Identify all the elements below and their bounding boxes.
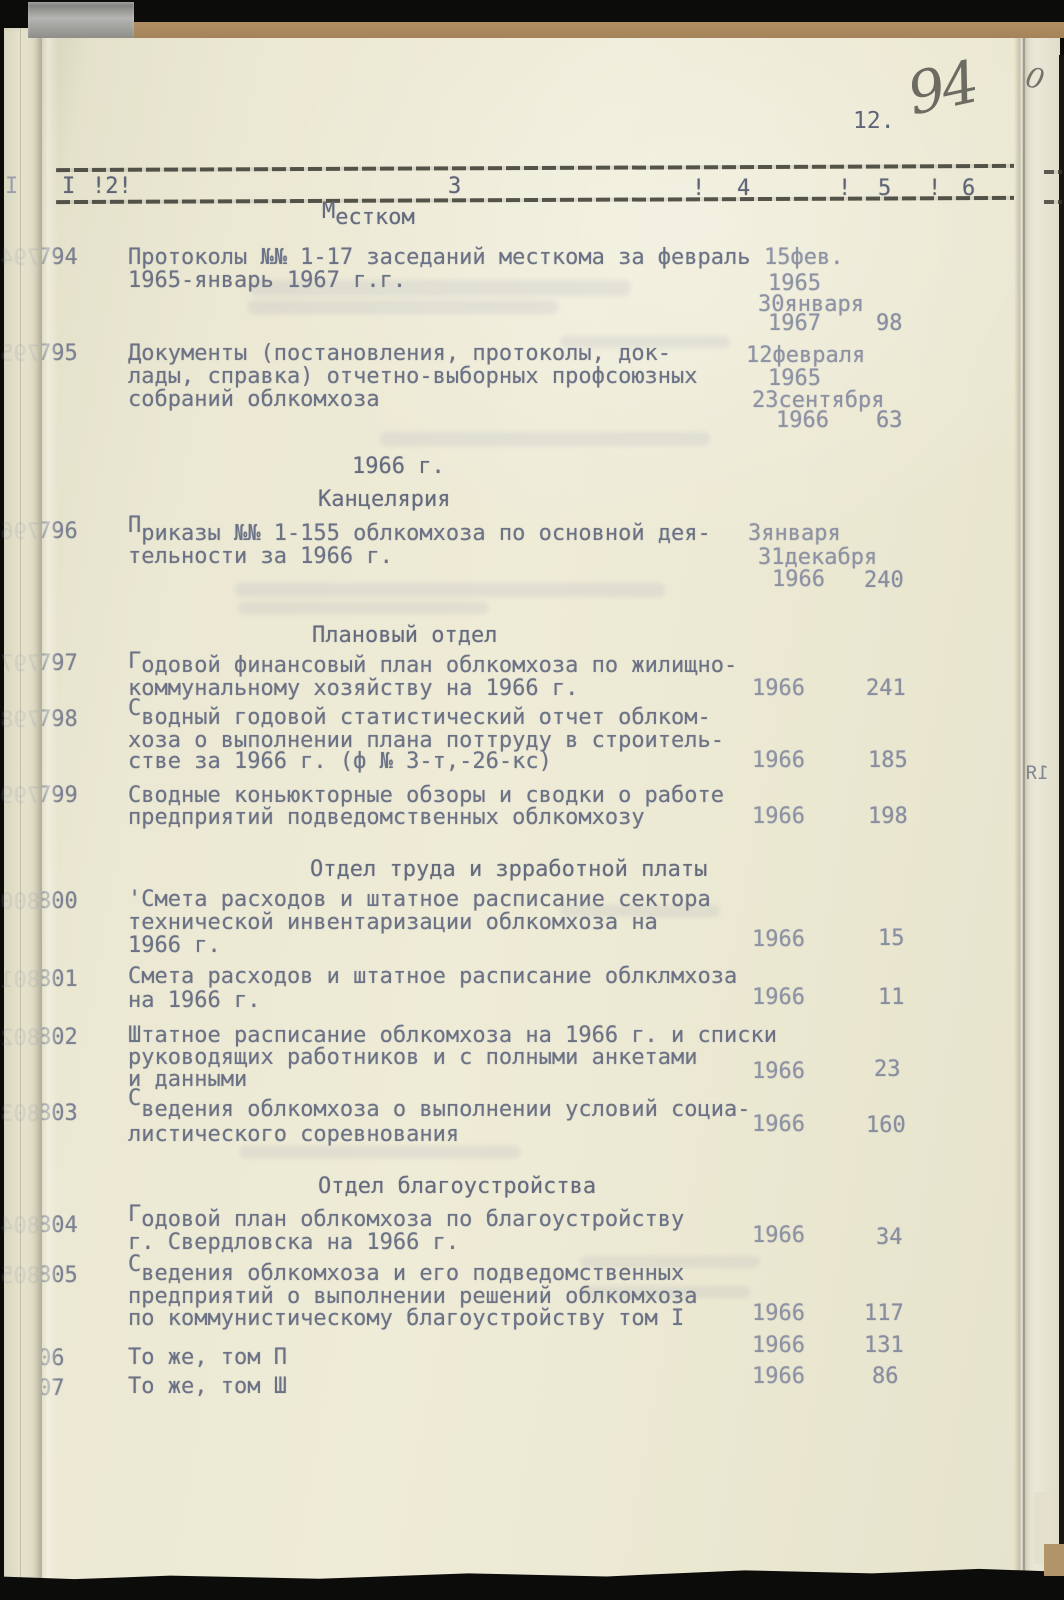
entry-date: 1966 <box>752 986 805 1009</box>
entry-line: руководящих работников и с полными анкет… <box>128 1046 698 1069</box>
entry-line: 1966 г. <box>128 934 221 957</box>
entry-line: г. Свердловска на 1966 г. <box>128 1231 459 1254</box>
entry-line: Штатное расписание облкомхоза на 1966 г.… <box>128 1024 777 1047</box>
entry-line: Сведения облкомхоза и его подведомственн… <box>128 1262 684 1285</box>
section-heading-mestkom: Местком <box>322 206 415 229</box>
mirrored-show-through-number: 795 <box>0 342 40 367</box>
rule-fragment <box>1044 200 1062 204</box>
entry-sheet-count: 131 <box>864 1334 904 1357</box>
entry-date: 1966 <box>752 677 805 700</box>
entry-date: 1966 <box>752 749 805 772</box>
pencil-folio-number: 94 <box>902 48 982 129</box>
show-through-smudge <box>238 602 488 614</box>
entry-line: Сводный годовой статистический отчет обл… <box>128 706 711 729</box>
entry-sheet-count: 240 <box>864 569 904 592</box>
entry-line: коммунальному хозяйству на 1966 г. <box>128 677 578 700</box>
archive-page-photo: 94 12. 0 1Я I I !2! 3 ! 4 ! 5 ! 6 Местко… <box>0 0 1064 1600</box>
column-header-5: 5 <box>878 176 891 201</box>
entry-sheet-count: 160 <box>866 1114 906 1137</box>
entry-line: предприятий подведомственных облкомхозу <box>128 806 645 829</box>
mirrored-show-through-number: 794 <box>0 246 40 271</box>
section-heading-planovy-otdel: Плановый отдел <box>312 624 497 647</box>
entry-date: 3января <box>748 522 841 545</box>
show-through-smudge <box>380 432 710 446</box>
entry-line: Протоколы №№ 1-17 заседаний месткома за … <box>128 246 751 269</box>
entry-date: 31декабря <box>758 546 877 569</box>
entry-line: технической инвентаризации облкомхоза на <box>128 911 658 934</box>
entry-sheet-count: 198 <box>868 805 908 828</box>
entry-sheet-count: 86 <box>872 1365 899 1388</box>
entry-sheet-count: 185 <box>868 749 908 772</box>
entry-sheet-count: 11 <box>878 986 905 1009</box>
entry-date: 1966 <box>752 1334 805 1357</box>
mirrored-show-through-number: 800 <box>0 890 40 915</box>
section-heading-year: 1966 г. <box>352 455 445 478</box>
mirrored-show-through-number: 798 <box>0 708 40 733</box>
entry-line: Смета расходов и штатное расписание облк… <box>128 965 737 988</box>
binder-clip <box>28 2 134 38</box>
column-header-2: !2! <box>92 174 132 199</box>
heading-lead: М <box>322 200 335 223</box>
entry-line-text: риказы №№ 1-155 облкомхоза по основной д… <box>141 521 711 546</box>
show-through-smudge <box>240 1146 520 1158</box>
entry-date: 15фев. <box>764 246 843 269</box>
entry-line: Годовой план облкомхоза по благоустройст… <box>128 1208 684 1231</box>
entry-date: 1966 <box>776 409 829 432</box>
entry-sheet-count: 63 <box>876 409 903 432</box>
section-heading-blagoustroystvo: Отдел благоустройства <box>318 1175 596 1198</box>
entry-lead: С <box>128 1087 141 1110</box>
entry-date: 12февраля <box>746 344 865 367</box>
entry-date: 1966 <box>752 1302 805 1325</box>
photo-background-top <box>0 0 1064 22</box>
column-header-1: I <box>62 174 75 199</box>
entry-date: 1966 <box>752 1113 805 1136</box>
entry-line-text: ведения облкомхоза о выполнении условий … <box>141 1097 750 1122</box>
entry-line-text: водный годовой статистический отчет облк… <box>141 705 711 730</box>
entry-line: То же, том Ш <box>128 1375 287 1398</box>
column-separator: ! <box>692 176 705 201</box>
column-header-3: 3 <box>448 174 461 199</box>
entry-sheet-count: 117 <box>864 1302 904 1325</box>
entry-date: 1966 <box>752 805 805 828</box>
page-right-crease <box>1014 34 1023 1579</box>
entry-line: Приказы №№ 1-155 облкомхоза по основной … <box>128 522 711 545</box>
entry-line: Сводные коньюкторные обзоры и сводки о р… <box>128 784 724 807</box>
entry-lead: С <box>128 697 141 720</box>
entry-line: 1965-январь 1967 г.г. <box>128 269 406 292</box>
show-through-smudge <box>235 583 665 597</box>
mirrored-show-through-text: 1Я <box>1026 762 1049 784</box>
mirrored-show-through-number: 796 <box>0 520 40 545</box>
entry-date: 1966 <box>752 928 805 951</box>
entry-line: и данными <box>128 1068 247 1091</box>
entry-sheet-count: 241 <box>866 677 906 700</box>
entry-line-text: одовой план облкомхоза по благоустройств… <box>141 1207 684 1232</box>
entry-line: лады, справка) отчетно-выборных профсоюз… <box>128 365 698 388</box>
entry-lead: П <box>128 514 141 537</box>
cardboard-corner <box>1044 1544 1064 1576</box>
entry-sheet-count: 15 <box>878 927 905 950</box>
entry-line-text: ведения облкомхоза и его подведомственны… <box>141 1261 684 1286</box>
entry-line: 'Смета расходов и штатное расписание сек… <box>128 888 711 911</box>
entry-date: 1966 <box>752 1365 805 1388</box>
entry-line: Сведения облкомхоза о выполнении условий… <box>128 1098 751 1121</box>
column-header-6: 6 <box>962 176 975 201</box>
mirrored-show-through-number: 804 <box>0 1214 40 1239</box>
entry-line: тельности за 1966 г. <box>128 545 393 568</box>
typed-page-number: 12. <box>853 108 895 134</box>
mirrored-show-through-number: 802 <box>0 1026 40 1051</box>
show-through-smudge <box>248 300 558 314</box>
mirrored-show-through-number: 801 <box>0 968 40 993</box>
entry-sheet-count: 34 <box>876 1226 903 1249</box>
column-separator: ! <box>838 176 851 201</box>
entry-line-text: одовой финансовый план облкомхоза по жил… <box>141 653 737 678</box>
entry-date: 1967 <box>768 312 821 335</box>
rule-fragment <box>1044 170 1062 174</box>
entry-date: 1965 <box>768 367 821 390</box>
section-heading-otdel-truda: Отдел труда и зрработной платы <box>310 858 707 881</box>
entry-lead: Г <box>128 650 141 673</box>
entry-line: Годовой финансовый план облкомхоза по жи… <box>128 654 737 677</box>
entry-line: стве за 1966 г. (ф № 3-т,-26-кс) <box>128 750 552 773</box>
entry-line: Документы (постановления, протоколы, док… <box>128 342 671 365</box>
entry-date: 1966 <box>772 568 825 591</box>
mirrored-show-through-number: 797 <box>0 652 40 677</box>
mirrored-show-through-number: 799 <box>0 784 40 809</box>
heading-text: естком <box>335 205 414 230</box>
page-edge-line <box>1023 30 1025 1580</box>
margin-column-number: I <box>5 174 18 199</box>
column-separator: ! <box>928 176 941 201</box>
entry-sheet-count: 23 <box>874 1058 901 1081</box>
entry-lead: С <box>128 1253 141 1276</box>
column-header-4: 4 <box>737 176 750 201</box>
entry-line: на 1966 г. <box>128 989 260 1012</box>
page-stack-edge <box>1022 30 1060 1580</box>
background-sliver <box>1059 55 1064 1600</box>
section-heading-kancelyariya: Канцелярия <box>318 488 450 511</box>
entry-line: собраний облкомхоза <box>128 388 380 411</box>
entry-date: 1966 <box>752 1224 805 1247</box>
entry-date: 1966 <box>752 1060 805 1083</box>
entry-line: То же, том П <box>128 1346 287 1369</box>
entry-line: по коммунистическому благоустройству том… <box>128 1307 684 1330</box>
entry-lead: Г <box>128 1203 141 1226</box>
mirrored-show-through-number: 805 <box>0 1264 40 1289</box>
mirrored-show-through-number: 803 <box>0 1102 40 1127</box>
entry-sheet-count: 98 <box>876 312 903 335</box>
entry-line: листического соревнования <box>128 1123 459 1146</box>
entry-line: предприятий о выполнении решений облкомх… <box>128 1285 698 1308</box>
